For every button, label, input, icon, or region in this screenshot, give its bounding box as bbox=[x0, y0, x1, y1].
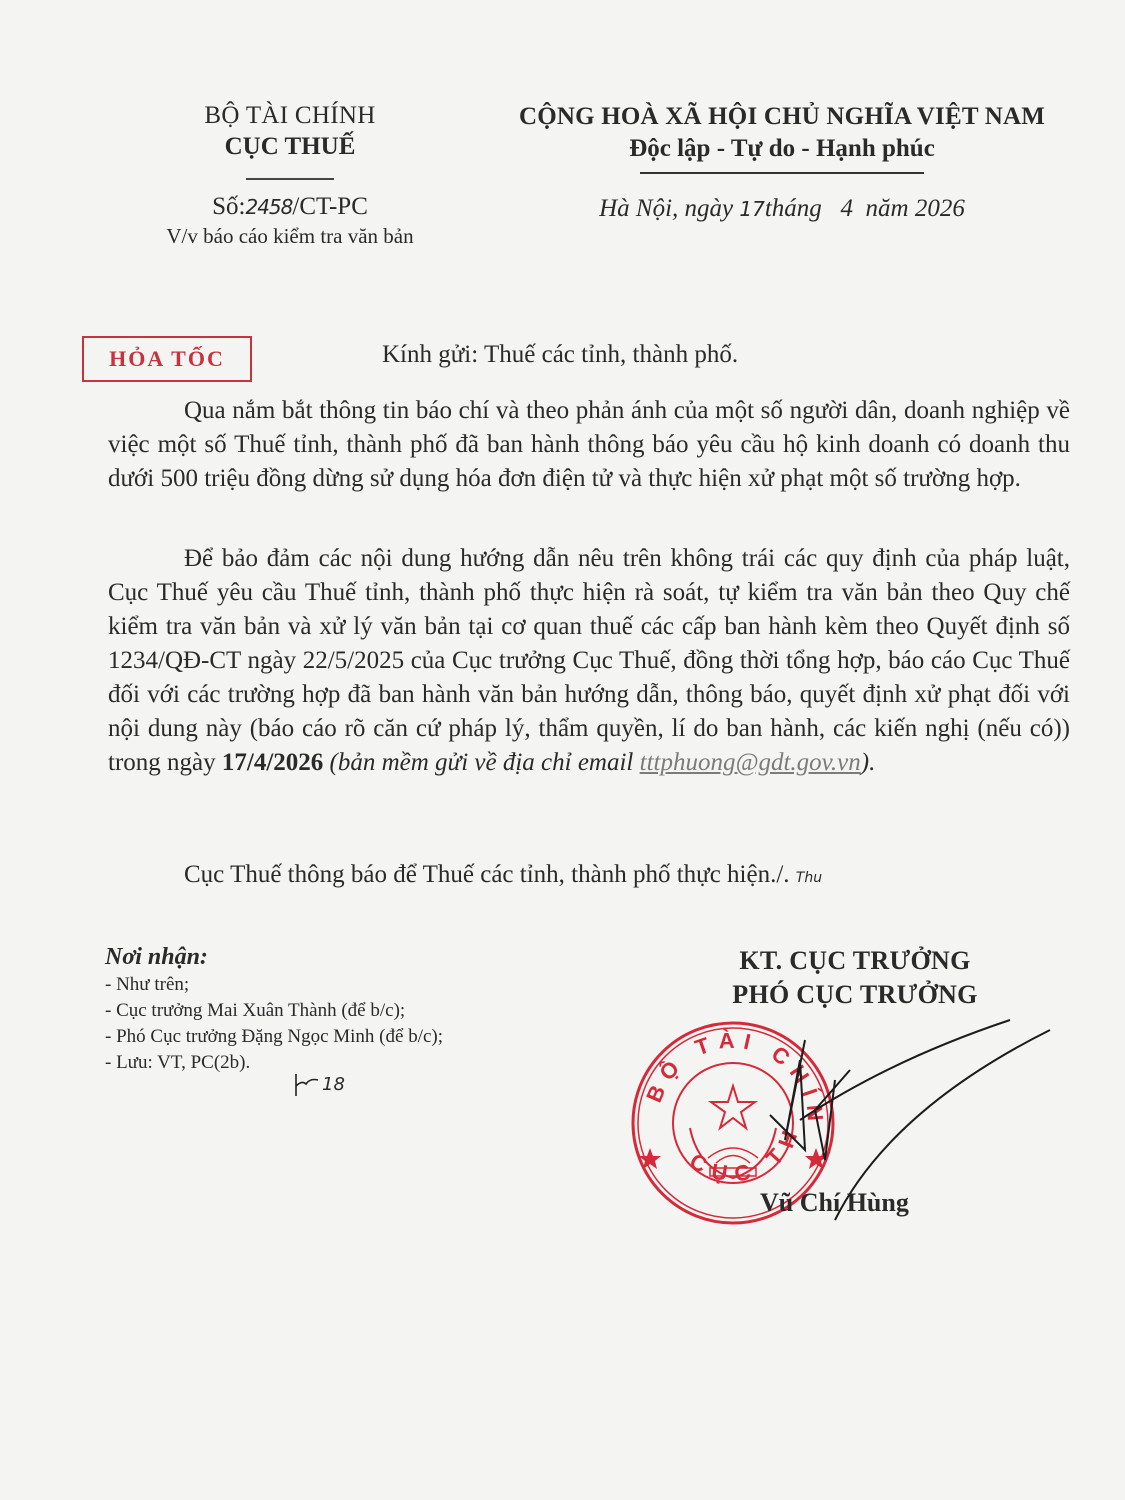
handwritten-signature-icon bbox=[690, 1000, 1110, 1300]
national-motto: Độc lập - Tự do - Hạnh phúc bbox=[482, 134, 1082, 164]
recipients-list: Nơi nhận: - Như trên; - Cục trưởng Mai X… bbox=[105, 942, 545, 1076]
paragraph-text: Qua nắm bắt thông tin báo chí và theo ph… bbox=[108, 394, 1070, 496]
body-paragraph-3: Cục Thuế thông báo để Thuế các tỉnh, thà… bbox=[108, 858, 1070, 895]
nation-title: CỘNG HOÀ XÃ HỘI CHỦ NGHĨA VIỆT NAM bbox=[482, 100, 1082, 134]
signer-name: Vũ Chí Hùng bbox=[760, 1188, 909, 1218]
list-item: - Phó Cục trưởng Đặng Ngọc Minh (để b/c)… bbox=[105, 1024, 545, 1050]
closing-sentence: Cục Thuế thông báo để Thuế các tỉnh, thà… bbox=[184, 861, 790, 888]
divider bbox=[640, 172, 924, 174]
soft-copy-note: (bản mềm gửi về địa chỉ email bbox=[323, 749, 639, 776]
scribble-icon bbox=[292, 1072, 322, 1098]
date-prefix: Hà Nội, ngày bbox=[599, 195, 739, 222]
paragraph-end: ). bbox=[861, 749, 876, 776]
urgent-stamp: HỎA TỐC bbox=[82, 336, 252, 382]
list-item: - Cục trưởng Mai Xuân Thành (để b/c); bbox=[105, 998, 545, 1024]
recipients-title: Nơi nhận: bbox=[105, 942, 545, 972]
paragraph-text: Để bảo đảm các nội dung hướng dẫn nêu tr… bbox=[108, 542, 1070, 780]
doc-number-handwritten: 2458 bbox=[245, 195, 292, 219]
date-line: Hà Nội, ngày 17tháng 4 năm 2026 bbox=[482, 192, 1082, 226]
handwritten-note: 18 bbox=[292, 1072, 345, 1098]
issuing-agency-block: BỘ TÀI CHÍNH CỤC THUẾ Số:2458/CT-PC V/v … bbox=[110, 100, 470, 250]
document-number: Số:2458/CT-PC bbox=[110, 192, 470, 222]
department-name: CỤC THUẾ bbox=[110, 132, 470, 162]
date-month-year: tháng 4 năm 2026 bbox=[765, 195, 965, 222]
body-paragraph-1: Qua nắm bắt thông tin báo chí và theo ph… bbox=[108, 394, 1070, 496]
paragraph-main: Để bảo đảm các nội dung hướng dẫn nêu tr… bbox=[108, 545, 1070, 776]
handwritten-initial: Thu bbox=[796, 870, 822, 886]
body-paragraph-2: Để bảo đảm các nội dung hướng dẫn nêu tr… bbox=[108, 542, 1070, 780]
document-subject: V/v báo cáo kiểm tra văn bản bbox=[110, 222, 470, 250]
note-number: 18 bbox=[322, 1074, 345, 1095]
list-item: - Như trên; bbox=[105, 972, 545, 998]
ministry-name: BỘ TÀI CHÍNH bbox=[110, 100, 470, 132]
doc-number-suffix: /CT-PC bbox=[292, 193, 368, 220]
signer-authority: KT. CỤC TRƯỞNG bbox=[690, 944, 1020, 978]
paragraph-text: Cục Thuế thông báo để Thuế các tỉnh, thà… bbox=[108, 858, 1070, 895]
national-header-block: CỘNG HOÀ XÃ HỘI CHỦ NGHĨA VIỆT NAM Độc l… bbox=[482, 100, 1082, 226]
deadline-date: 17/4/2026 bbox=[222, 749, 323, 776]
doc-number-prefix: Số: bbox=[212, 193, 245, 220]
addressee-line: Kính gửi: Thuế các tỉnh, thành phố. bbox=[382, 338, 738, 372]
email-link[interactable]: tttphuong@gdt.gov.vn bbox=[640, 749, 861, 776]
divider bbox=[246, 178, 334, 180]
date-day-handwritten: 17 bbox=[739, 197, 764, 221]
